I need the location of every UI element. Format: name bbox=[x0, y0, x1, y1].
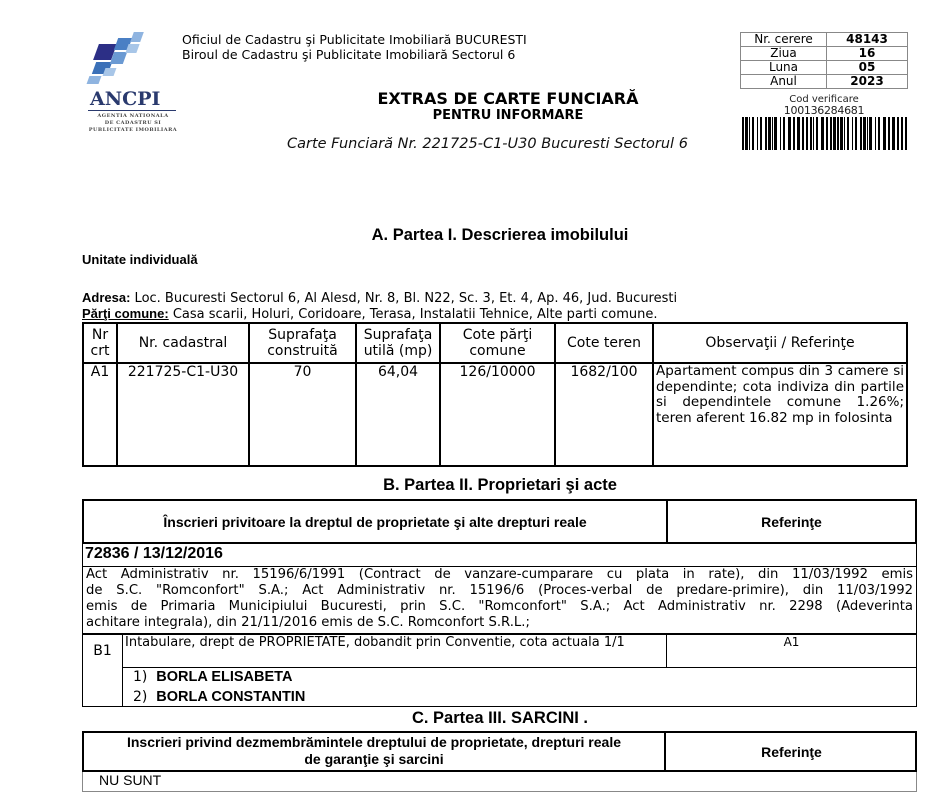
day-value: 16 bbox=[827, 47, 908, 61]
common-parts-value: Casa scarii, Holuri, Coridoare, Terasa, … bbox=[169, 307, 658, 322]
table-row: A1 221725-C1-U30 70 64,04 126/10000 1682… bbox=[83, 363, 907, 466]
col-referinte: Referinţe bbox=[668, 733, 915, 770]
section-a-title: A. Partea I. Descrierea imobilului bbox=[82, 226, 918, 245]
logo-subtitle-2: DE CADASTRU SI bbox=[84, 120, 182, 126]
cell-cote-parti-comune: 126/10000 bbox=[440, 363, 555, 466]
day-label: Ziua bbox=[741, 47, 827, 61]
document-title: EXTRAS DE CARTE FUNCIARĂ bbox=[300, 89, 716, 108]
unit-label: Unitate individuală bbox=[82, 252, 198, 267]
col-inscrieri: Înscrieri privitoare la dreptul de propr… bbox=[84, 501, 668, 542]
ownership-table-header: Înscrieri privitoare la dreptul de propr… bbox=[82, 499, 917, 544]
month-value: 05 bbox=[827, 61, 908, 75]
col-suprafata-construita: Suprafaţaconstruită bbox=[249, 323, 356, 363]
cell-cadastral: 221725-C1-U30 bbox=[117, 363, 249, 466]
owner-item: 1) BORLA ELISABETA bbox=[133, 669, 292, 685]
col-cote-teren: Cote teren bbox=[555, 323, 653, 363]
encumbrances-table-header: Inscrieri privind dezmembrămintele drept… bbox=[82, 731, 917, 772]
entry-id: 72836 / 13/12/2016 bbox=[85, 545, 223, 563]
cell-observatii: Apartament compus din 3 camere si depend… bbox=[653, 363, 907, 466]
col-cote-parti-comune: Cote părţicomune bbox=[440, 323, 555, 363]
address-label: Adresa: bbox=[82, 290, 130, 305]
col-suprafata-utila: Suprafaţautilă (mp) bbox=[356, 323, 440, 363]
common-parts-line: Părţi comune: Casa scarii, Holuri, Corid… bbox=[82, 306, 657, 322]
col-observatii: Observaţii / Referinţe bbox=[653, 323, 907, 363]
col-nr-crt: Nrcrt bbox=[83, 323, 117, 363]
request-label: Nr. cerere bbox=[741, 33, 827, 47]
office-name: Oficiul de Cadastru şi Publicitate Imobi… bbox=[182, 32, 527, 47]
inscription-reference: A1 bbox=[666, 635, 916, 667]
encumbrances-table-body: NU SUNT bbox=[82, 772, 917, 792]
bureau-name: Biroul de Cadastru şi Publicitate Imobil… bbox=[182, 47, 515, 62]
logo-subtitle-3: PUBLICITATE IMOBILIARA bbox=[84, 127, 182, 133]
encumbrances-value: NU SUNT bbox=[99, 772, 161, 788]
ancpi-logo-icon: ANCPI AGENTIA NATIONALA DE CADASTRU SI P… bbox=[82, 30, 182, 134]
address-value: Loc. Bucuresti Sectorul 6, Al Alesd, Nr.… bbox=[130, 291, 677, 306]
col-referinte: Referinţe bbox=[668, 501, 915, 542]
col-nr-cadastral: Nr. cadastral bbox=[117, 323, 249, 363]
cell-suprafata-construita: 70 bbox=[249, 363, 356, 466]
col-inscrieri-sarcini: Inscrieri privind dezmembrămintele drept… bbox=[84, 733, 666, 770]
cell-suprafata-utila: 64,04 bbox=[356, 363, 440, 466]
carte-funciara-number: Carte Funciară Nr. 221725-C1-U30 Bucures… bbox=[287, 136, 688, 152]
section-b-title: B. Partea II. Proprietari şi acte bbox=[82, 476, 918, 495]
request-info-table: Nr. cerere48143 Ziua16 Luna05 Anul2023 bbox=[740, 32, 908, 89]
table-header-row: Nrcrt Nr. cadastral Suprafaţaconstruită … bbox=[83, 323, 907, 363]
section-c-title: C. Partea III. SARCINI . bbox=[82, 709, 918, 728]
owner-item: 2) BORLA CONSTANTIN bbox=[133, 689, 305, 705]
request-value: 48143 bbox=[827, 33, 908, 47]
logo-subtitle-1: AGENTIA NATIONALA bbox=[84, 113, 182, 119]
month-label: Luna bbox=[741, 61, 827, 75]
ownership-table-body: 72836 / 13/12/2016 Act Administrativ nr.… bbox=[82, 544, 917, 707]
inscription-id: B1 bbox=[83, 635, 123, 706]
common-parts-label: Părţi comune: bbox=[82, 306, 169, 321]
document-subtitle: PENTRU INFORMARE bbox=[300, 108, 716, 123]
verification-code: 100136284681 bbox=[740, 104, 908, 117]
property-description-table: Nrcrt Nr. cadastral Suprafaţaconstruită … bbox=[82, 322, 908, 467]
address-line: Adresa: Loc. Bucuresti Sectorul 6, Al Al… bbox=[82, 290, 677, 306]
entry-description: Act Administrativ nr. 15196/6/1991 (Cont… bbox=[86, 567, 913, 631]
logo-name: ANCPI bbox=[90, 88, 160, 110]
cell-cote-teren: 1682/100 bbox=[555, 363, 653, 466]
cell-nr: A1 bbox=[83, 363, 117, 466]
year-label: Anul bbox=[741, 75, 827, 89]
year-value: 2023 bbox=[827, 75, 908, 89]
inscription-description: Intabulare, drept de PROPRIETATE, doband… bbox=[125, 635, 665, 667]
barcode-icon bbox=[742, 117, 908, 150]
